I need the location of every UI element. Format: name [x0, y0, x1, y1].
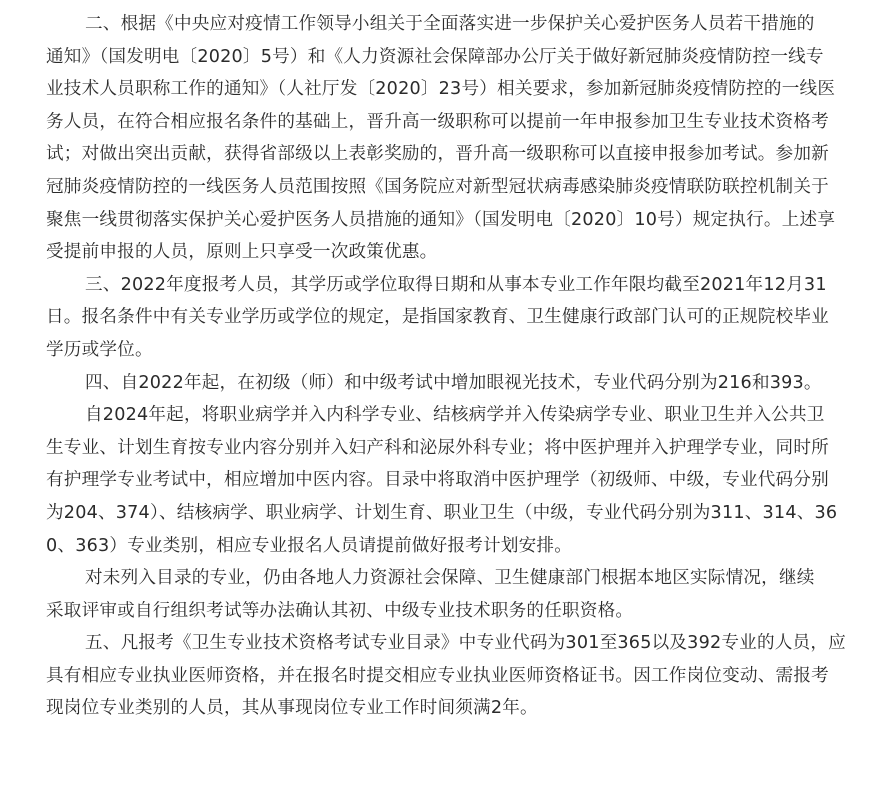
text-line: 学历或学位。	[46, 334, 836, 367]
text-line: 二、根据《中央应对疫情工作领导小组关于全面落实进一步保护关心爱护医务人员若干措施…	[46, 8, 836, 41]
paragraph-item-2: 二、根据《中央应对疫情工作领导小组关于全面落实进一步保护关心爱护医务人员若干措施…	[46, 8, 836, 269]
paragraph-item-3: 三、2022年度报考人员，其学历或学位取得日期和从事本专业工作年限均截至2021…	[46, 269, 836, 367]
text-line: 具有相应专业执业医师资格，并在报名时提交相应专业执业医师资格证书。因工作岗位变动…	[46, 660, 836, 693]
text-line: 五、凡报考《卫生专业技术资格考试专业目录》中专业代码为301至365以及392专…	[46, 627, 836, 660]
text-line: 冠肺炎疫情防控的一线医务人员范围按照《国务院应对新型冠状病毒感染肺炎疫情联防联控…	[46, 171, 836, 204]
text-line: 业技术人员职称工作的通知》（人社厅发〔2020〕23号）相关要求，参加新冠肺炎疫…	[46, 73, 836, 106]
text-line: 0、363）专业类别，相应专业报名人员请提前做好报考计划安排。	[46, 530, 836, 563]
text-line: 通知》（国发明电〔2020〕5号）和《人力资源社会保障部办公厅关于做好新冠肺炎疫…	[46, 41, 836, 74]
text-line: 生专业、计划生育按专业内容分别并入妇产科和泌尿外科专业；将中医护理并入护理学专业…	[46, 432, 836, 465]
paragraph-item-4-unlisted: 对未列入目录的专业，仍由各地人力资源社会保障、卫生健康部门根据本地区实际情况，继…	[46, 562, 836, 627]
text-line: 采取评审或自行组织考试等办法确认其初、中级专业技术职务的任职资格。	[46, 595, 836, 628]
text-line: 有护理学专业考试中，相应增加中医内容。目录中将取消中医护理学（初级师、中级，专业…	[46, 464, 836, 497]
text-line: 自2024年起，将职业病学并入内科学专业、结核病学并入传染病学专业、职业卫生并入…	[46, 399, 836, 432]
paragraph-item-5: 五、凡报考《卫生专业技术资格考试专业目录》中专业代码为301至365以及392专…	[46, 627, 836, 725]
text-line: 试；对做出突出贡献，获得省部级以上表彰奖励的，晋升高一级职称可以直接申报参加考试…	[46, 138, 836, 171]
text-line: 受提前申报的人员，原则上只享受一次政策优惠。	[46, 236, 836, 269]
text-line: 三、2022年度报考人员，其学历或学位取得日期和从事本专业工作年限均截至2021…	[46, 269, 836, 302]
text-line: 为204、374）、结核病学、职业病学、计划生育、职业卫生（中级，专业代码分别为…	[46, 497, 836, 530]
paragraph-item-4: 四、自2022年起，在初级（师）和中级考试中增加眼视光技术，专业代码分别为216…	[46, 367, 836, 400]
paragraph-item-4-2024: 自2024年起，将职业病学并入内科学专业、结核病学并入传染病学专业、职业卫生并入…	[46, 399, 836, 562]
text-line: 务人员，在符合相应报名条件的基础上，晋升高一级职称可以提前一年申报参加卫生专业技…	[46, 106, 836, 139]
text-line: 四、自2022年起，在初级（师）和中级考试中增加眼视光技术，专业代码分别为216…	[46, 367, 836, 400]
text-line: 聚焦一线贯彻落实保护关心爱护医务人员措施的通知》（国发明电〔2020〕10号）规…	[46, 204, 836, 237]
text-line: 现岗位专业类别的人员，其从事现岗位专业工作时间须满2年。	[46, 692, 836, 725]
document-body: 二、根据《中央应对疫情工作领导小组关于全面落实进一步保护关心爱护医务人员若干措施…	[46, 8, 836, 725]
text-line: 对未列入目录的专业，仍由各地人力资源社会保障、卫生健康部门根据本地区实际情况，继…	[46, 562, 836, 595]
text-line: 日。报名条件中有关专业学历或学位的规定，是指国家教育、卫生健康行政部门认可的正规…	[46, 301, 836, 334]
